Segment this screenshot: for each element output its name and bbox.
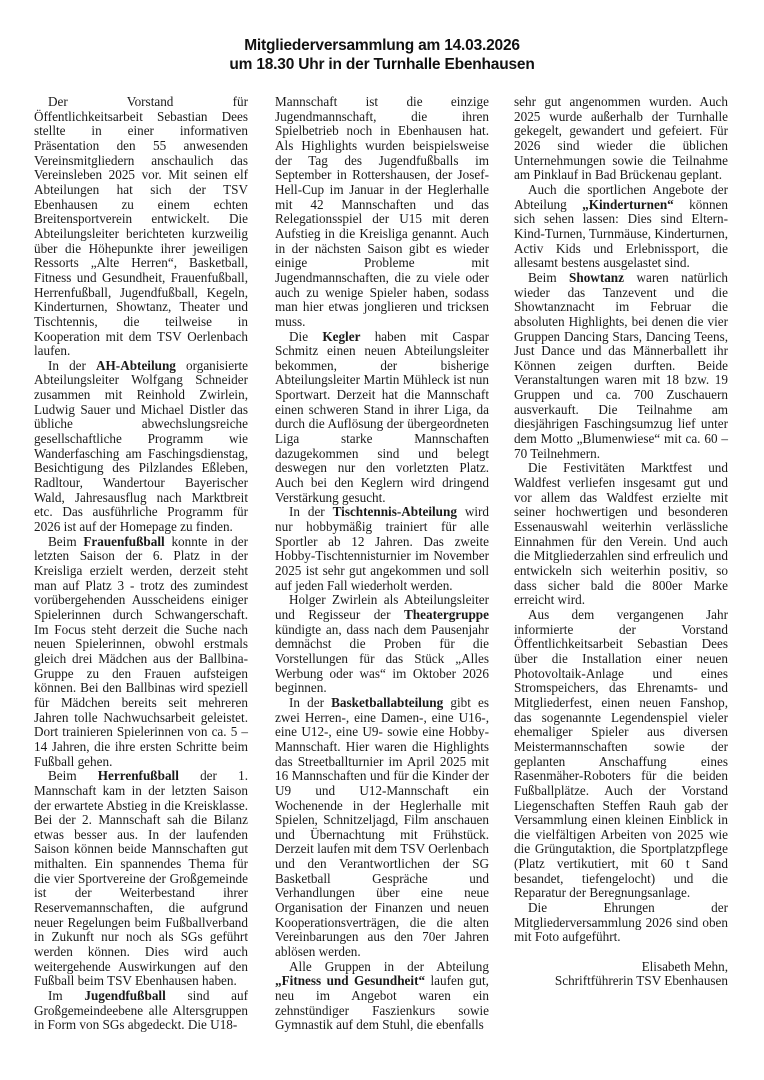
paragraph-festivitaeten: Die Festivitäten Marktfest und Waldfest … [514, 461, 728, 608]
paragraph-herrenfussball: Beim Herrenfußball der 1. Mannschaft kam… [34, 769, 248, 989]
section-keyword: Frauenfußball [83, 534, 164, 549]
paragraph-tischtennis: In der Tischtennis-Abteilung wird nur ho… [275, 505, 489, 593]
section-keyword: Jugendfußball [84, 988, 165, 1003]
section-keyword: Theatergruppe [404, 607, 489, 622]
paragraph-theater: Holger Zwirlein als Abteilungsleiter und… [275, 593, 489, 696]
title-line-2: um 18.30 Uhr in der Turnhalle Ebenhausen [0, 55, 764, 74]
paragraph-intro: Der Vorstand für Öffentlichkeitsarbeit S… [34, 95, 248, 359]
paragraph-kegler: Die Kegler haben mit Caspar Schmitz eine… [275, 330, 489, 506]
paragraph-jugendfussball-cont: Mannschaft ist die einzige Jugendmannsch… [275, 95, 489, 330]
paragraph-ah-abteilung: In der AH-Abteilung organisierte Abteilu… [34, 359, 248, 535]
signature: Elisabeth Mehn, Schriftführerin TSV Eben… [514, 960, 728, 989]
article-title: Mitgliederversammlung am 14.03.2026 um 1… [0, 36, 764, 74]
article-column-2: Mannschaft ist die einzige Jugendmannsch… [275, 95, 489, 1033]
article-column-1: Der Vorstand für Öffentlichkeitsarbeit S… [34, 95, 248, 1033]
section-keyword: Kegler [322, 329, 360, 344]
paragraph-basketball: In der Basketballabteilung gibt es zwei … [275, 696, 489, 960]
paragraph-vorstand: Aus dem vergangenen Jahr informierte der… [514, 608, 728, 901]
section-keyword: AH-Abteilung [96, 358, 176, 373]
article-column-3: sehr gut angenommen wurden. Auch 2025 wu… [514, 95, 728, 989]
paragraph-showtanz: Beim Showtanz waren natürlich wieder das… [514, 271, 728, 462]
section-keyword: Tischtennis-Abteilung [333, 504, 457, 519]
section-keyword: „Fitness und Gesundheit“ [275, 973, 425, 988]
title-line-1: Mitgliederversammlung am 14.03.2026 [0, 36, 764, 55]
signature-role: Schriftführerin TSV Ebenhausen [514, 974, 728, 989]
section-keyword: Basketballabteilung [331, 695, 443, 710]
paragraph-ehrungen: Die Ehrungen der Mitgliederversammlung 2… [514, 901, 728, 945]
paragraph-jugendfussball: Im Jugendfußball sind auf Großgemeindeeb… [34, 989, 248, 1033]
paragraph-fitness: Alle Gruppen in der Abteilung „Fitness u… [275, 960, 489, 1033]
section-keyword: Showtanz [569, 270, 624, 285]
paragraph-kinderturnen: Auch die sportlichen Angebote der Abteil… [514, 183, 728, 271]
paragraph-frauenfussball: Beim Frauenfußball konnte in der letzten… [34, 535, 248, 770]
paragraph-fitness-cont: sehr gut angenommen wurden. Auch 2025 wu… [514, 95, 728, 183]
section-keyword: Herrenfußball [98, 768, 179, 783]
section-keyword: „Kinderturnen“ [582, 197, 674, 212]
signature-name: Elisabeth Mehn, [514, 960, 728, 975]
